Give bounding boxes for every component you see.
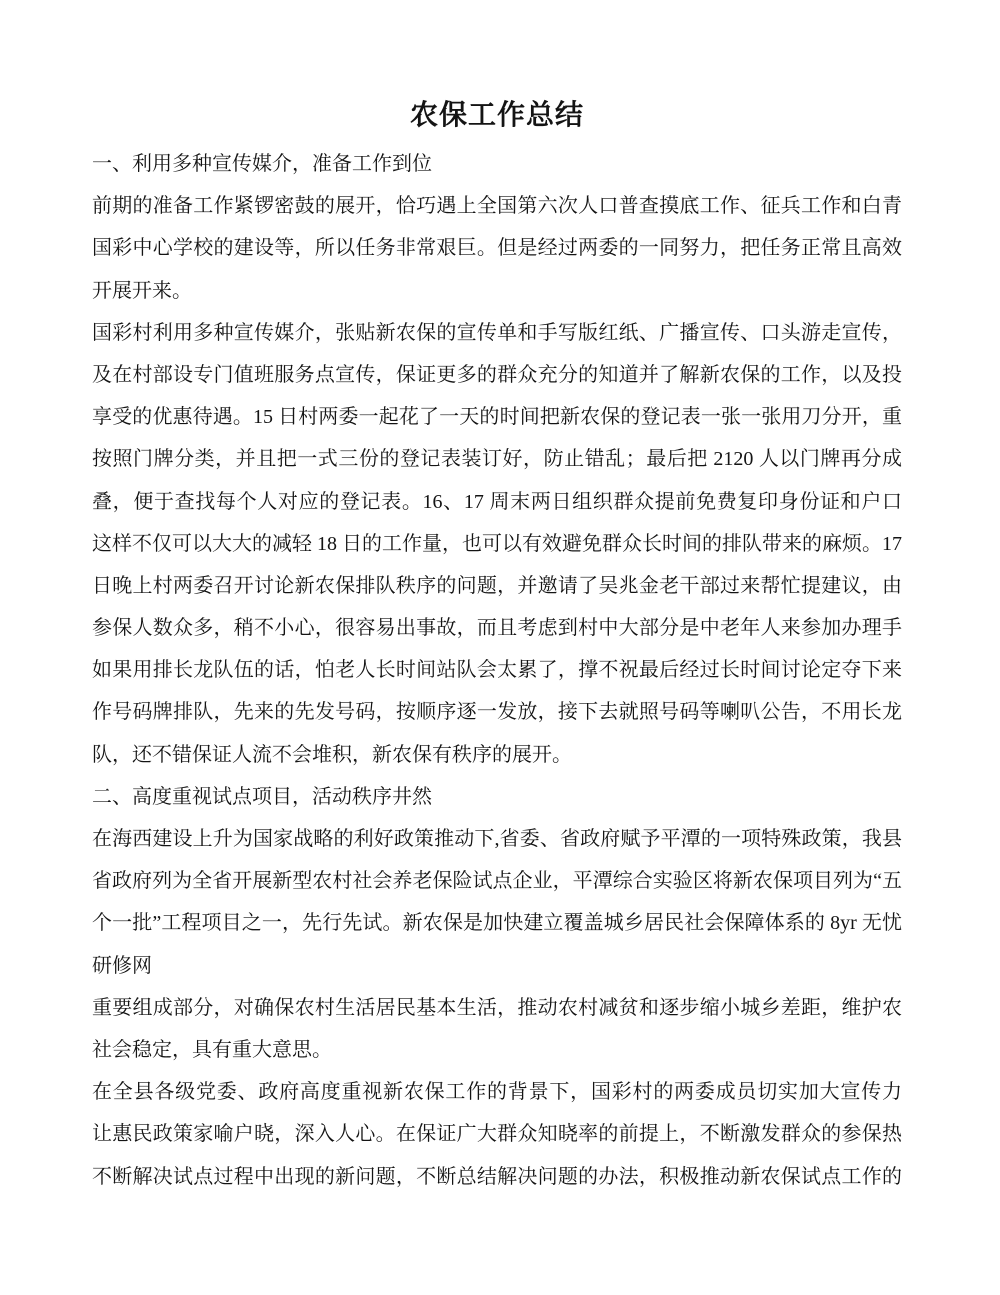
- text-line: 不断解决试点过程中出现的新问题，不断总结解决问题的办法，积极推动新农保试点工作的…: [92, 1156, 902, 1198]
- text-line: 日晚上村两委召开讨论新农保排队秩序的问题，并邀请了吴兆金老干部过来帮忙提建议，由…: [92, 565, 902, 607]
- text-line: 享受的优惠待遇。15 日村两委一起花了一天的时间把新农保的登记表一张一张用刀分开…: [92, 396, 902, 438]
- text-line: 队，还不错保证人流不会堆积，新农保有秩序的展开。: [92, 734, 902, 776]
- text-line: 在海西建设上升为国家战略的利好政策推动下,省委、省政府赋予平潭的一项特殊政策，我…: [92, 818, 902, 860]
- text-line: 国彩中心学校的建设等，所以任务非常艰巨。但是经过两委的一同努力，把任务正常且高效…: [92, 227, 902, 269]
- text-line: 个一批”工程项目之一，先行先试。新农保是加快建立覆盖城乡居民社会保障体系的 8y…: [92, 902, 902, 944]
- document-page: 农保工作总结 一、利用多种宣传媒介，准备工作到位前期的准备工作紧锣密鼓的展开，恰…: [0, 0, 1000, 1295]
- text-line: 如果用排长龙队伍的话，怕老人长时间站队会太累了，撑不祝最后经过长时间讨论定夺下来…: [92, 649, 902, 691]
- text-line: 在全县各级党委、政府高度重视新农保工作的背景下，国彩村的两委成员切实加大宣传力度…: [92, 1071, 902, 1113]
- text-line: 社会稳定，具有重大意思。: [92, 1029, 902, 1071]
- text-line: 及在村部设专门值班服务点宣传，保证更多的群众充分的知道并了解新农保的工作，以及投…: [92, 354, 902, 396]
- document-body: 一、利用多种宣传媒介，准备工作到位前期的准备工作紧锣密鼓的展开，恰巧遇上全国第六…: [92, 143, 902, 1198]
- text-line: 叠，便于查找每个人对应的登记表。16、17 周末两日组织群众提前免费复印身份证和…: [92, 481, 902, 523]
- text-line: 国彩村利用多种宣传媒介，张贴新农保的宣传单和手写版红纸、广播宣传、口头游走宣传，…: [92, 312, 902, 354]
- text-line: 参保人数众多，稍不小心，很容易出事故，而且考虑到村中大部分是中老年人来参加办理手…: [92, 607, 902, 649]
- text-line: 省政府列为全省开展新型农村社会养老保险试点企业，平潭综合实验区将新农保项目列为“…: [92, 860, 902, 902]
- text-line: 开展开来。: [92, 270, 902, 312]
- document-title: 农保工作总结: [92, 99, 902, 132]
- text-line: 前期的准备工作紧锣密鼓的展开，恰巧遇上全国第六次人口普查摸底工作、征兵工作和白青…: [92, 185, 902, 227]
- text-line: 让惠民政策家喻户晓，深入人心。在保证广大群众知晓率的前提上，不断激发群众的参保热…: [92, 1113, 902, 1155]
- text-line: 作号码牌排队，先来的先发号码，按顺序逐一发放，接下去就照号码等喇叭公告，不用长龙…: [92, 691, 902, 733]
- section-heading: 一、利用多种宣传媒介，准备工作到位: [92, 143, 902, 185]
- text-line: 按照门牌分类，并且把一式三份的登记表装订好，防止错乱；最后把 2120 人以门牌…: [92, 438, 902, 480]
- text-line: 研修网: [92, 945, 902, 987]
- section-heading: 二、高度重视试点项目，活动秩序井然: [92, 776, 902, 818]
- text-line: 这样不仅可以大大的减轻 18 日的工作量，也可以有效避免群众长时间的排队带来的麻…: [92, 523, 902, 565]
- text-line: 重要组成部分，对确保农村生活居民基本生活，推动农村减贫和逐步缩小城乡差距，维护农…: [92, 987, 902, 1029]
